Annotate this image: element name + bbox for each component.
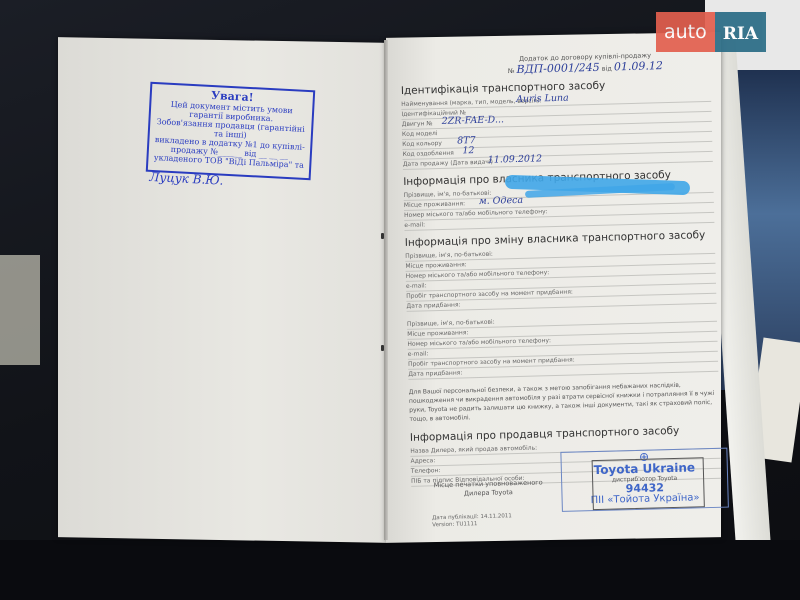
security-notice: Для Вашої персональної безпеки, а також … <box>409 380 720 424</box>
appendix-number-prefix: № <box>508 67 515 75</box>
field-value: 12 <box>462 146 474 155</box>
dealer-seal-label: Місце печатки уповноваженого Дилера Toyo… <box>433 478 543 499</box>
field-value: м. Одеса <box>479 196 524 206</box>
field-value: 2ZR-FAE-D... <box>442 115 505 126</box>
vehicle-document: Додаток до договору купівлі-продажу № ВД… <box>400 50 721 487</box>
warranty-warning-stamp: Увага! Цей документ містить умови гарант… <box>146 82 315 181</box>
field-label: Двигун № <box>402 120 433 128</box>
field-value: 8T7 <box>457 136 476 145</box>
appendix-number: ВДП-0001/245 <box>516 61 599 76</box>
appendix-date-prefix: від <box>602 64 612 72</box>
field-label: Місце проживання: <box>404 200 465 209</box>
stamp-inner-frame <box>592 457 705 510</box>
field-value: 11.09.2012 <box>488 154 543 164</box>
watermark-ria: RIA <box>715 12 766 52</box>
watermark-auto: auto <box>656 12 715 52</box>
background-table <box>0 540 800 600</box>
field-label: e-mail: <box>404 221 425 229</box>
autoria-watermark: auto RIA <box>656 12 766 52</box>
field-label: Код кольору <box>402 140 442 148</box>
dealer-stamp: ⊕ Toyota Ukraine дистриб'ютор Toyota 944… <box>560 448 729 512</box>
staple-hole <box>381 233 384 239</box>
field-label: Код оздоблення <box>402 150 454 158</box>
field-label: Код моделі <box>402 130 438 138</box>
appendix-date: 01.09.12 <box>614 59 663 73</box>
background-document-edge <box>0 255 40 365</box>
publication-info: Дата публікації: 14.11.2011 Version: TU1… <box>432 513 512 529</box>
book-spine <box>384 40 388 540</box>
staple-hole <box>381 345 384 351</box>
field-label: Дата продажу (Дата видачі) <box>403 159 493 168</box>
field-value: Auris Luna <box>516 94 569 104</box>
